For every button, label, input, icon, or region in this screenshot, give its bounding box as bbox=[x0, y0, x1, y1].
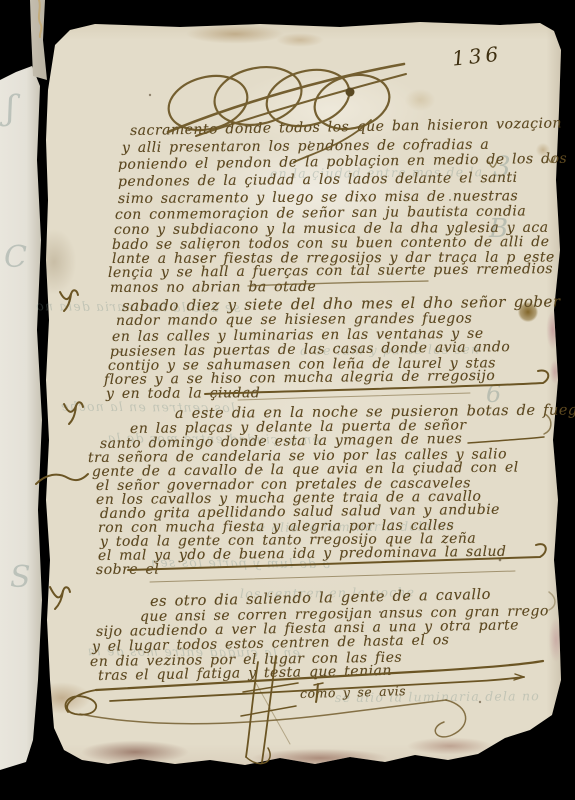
bottom-flourish-icon bbox=[65, 656, 543, 764]
ink-flourishes bbox=[0, 0, 575, 800]
photo-backdrop: en la çiudad entre mos de lase alio la l… bbox=[0, 0, 575, 800]
paragraph-mark-icon bbox=[64, 402, 83, 424]
paragraph-mark-icon bbox=[60, 290, 78, 311]
binding-thread-icon bbox=[39, 0, 42, 37]
margin-swash-icon bbox=[36, 474, 88, 484]
paragraph-mark-icon bbox=[50, 587, 70, 609]
calligraphic-flourish-icon bbox=[163, 59, 406, 162]
underline-rule bbox=[128, 281, 548, 582]
ink-specks bbox=[119, 94, 501, 703]
